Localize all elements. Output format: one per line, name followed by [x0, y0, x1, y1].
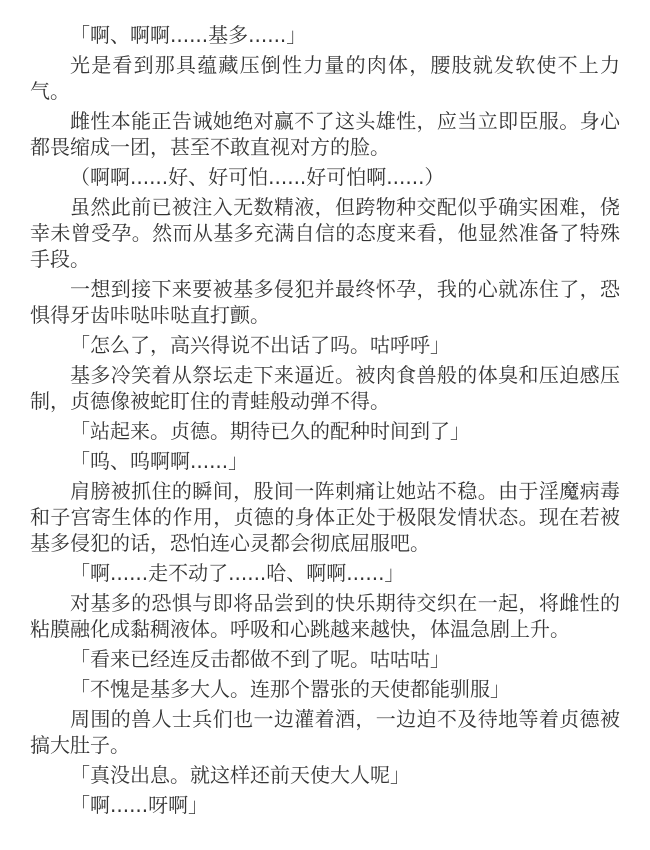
novel-page: 「啊、啊啊......基多......」 光是看到那具蕴藏压倒性力量的肉体，腰肢…	[0, 0, 650, 850]
dialogue-line: 「站起来。贞德。期待已久的配种时间到了」	[30, 418, 620, 444]
narration-paragraph: 虽然此前已被注入无数精液，但跨物种交配似乎确实困难，侥幸未曾受孕。然而从基多充满…	[30, 194, 620, 272]
dialogue-line: 「啊......走不动了......哈、啊啊......」	[30, 560, 620, 586]
narration-paragraph: 雌性本能正告诫她绝对赢不了这头雄性，应当立即臣服。身心都畏缩成一团，甚至不敢直视…	[30, 108, 620, 160]
dialogue-line: 「看来已经连反击都做不到了呢。咕咕咕」	[30, 646, 620, 672]
dialogue-line: 「怎么了，高兴得说不出话了吗。咕呼呼」	[30, 332, 620, 358]
dialogue-line: 「啊......呀啊」	[30, 792, 620, 818]
narration-paragraph: 肩膀被抓住的瞬间，股间一阵刺痛让她站不稳。由于淫魔病毒和子宫寄生体的作用，贞德的…	[30, 478, 620, 556]
narration-paragraph: 周围的兽人士兵们也一边灌着酒，一边迫不及待地等着贞德被搞大肚子。	[30, 706, 620, 758]
narration-paragraph: 一想到接下来要被基多侵犯并最终怀孕，我的心就冻住了，恐惧得牙齿咔哒咔哒直打颤。	[30, 276, 620, 328]
narration-paragraph: 基多冷笑着从祭坛走下来逼近。被肉食兽般的体臭和压迫感压制，贞德像被蛇盯住的青蛙般…	[30, 362, 620, 414]
dialogue-line: 「真没出息。就这样还前天使大人呢」	[30, 762, 620, 788]
thought-line: （啊啊......好、好可怕......好可怕啊......）	[30, 164, 620, 190]
dialogue-line: 「啊、啊啊......基多......」	[30, 22, 620, 48]
dialogue-line: 「呜、呜啊啊......」	[30, 448, 620, 474]
narration-paragraph: 光是看到那具蕴藏压倒性力量的肉体，腰肢就发软使不上力气。	[30, 52, 620, 104]
narration-paragraph: 对基多的恐惧与即将品尝到的快乐期待交织在一起，将雌性的粘膜融化成黏稠液体。呼吸和…	[30, 590, 620, 642]
dialogue-line: 「不愧是基多大人。连那个嚣张的天使都能驯服」	[30, 676, 620, 702]
